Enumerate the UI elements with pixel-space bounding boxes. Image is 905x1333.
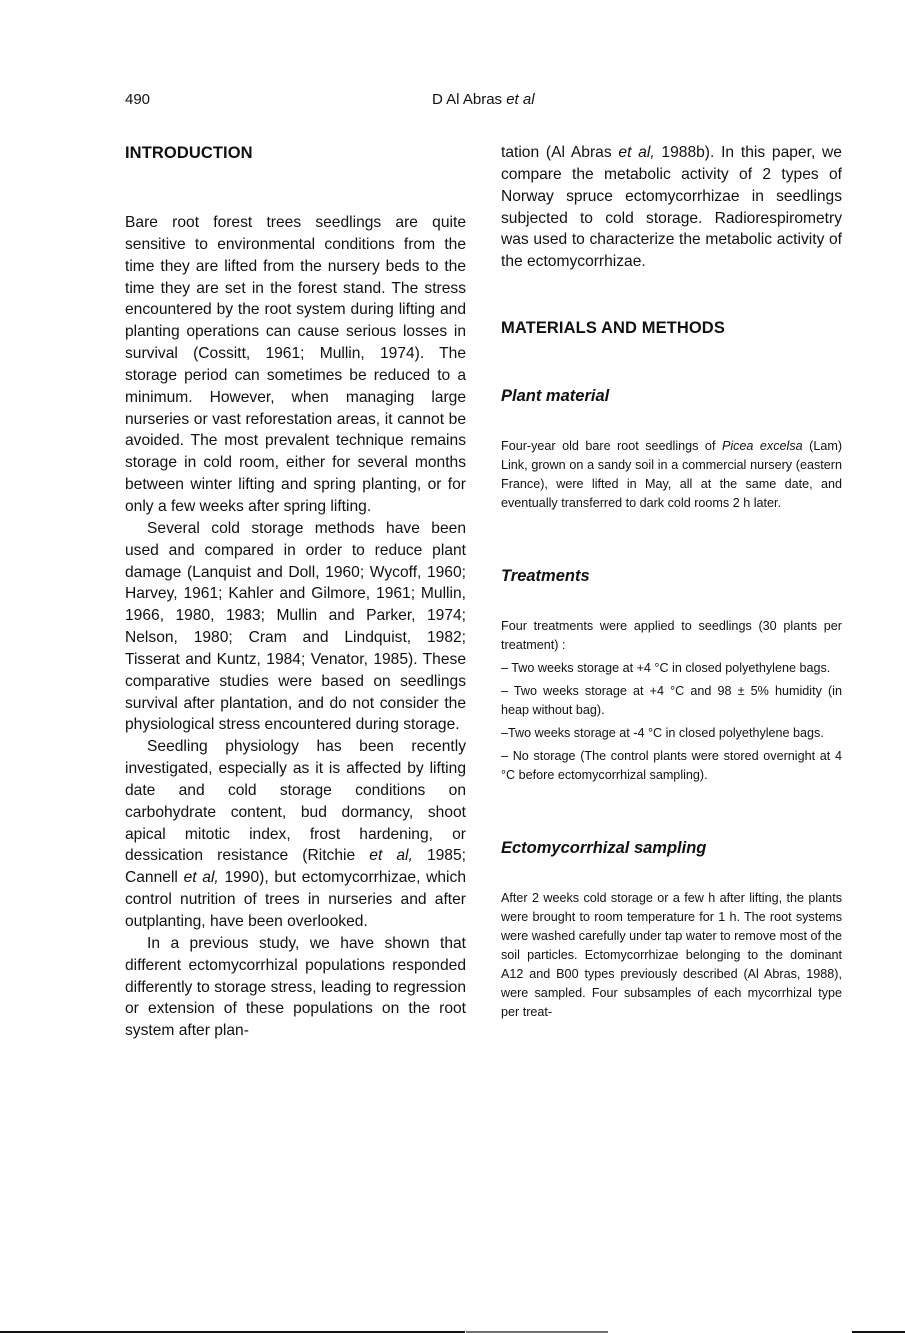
p3-etal-1: et al, xyxy=(369,847,413,864)
running-head-author: D Al Abras xyxy=(432,91,502,108)
sampling-heading: Ectomycorrhizal sampling xyxy=(501,837,842,859)
p3-etal-2: et al, xyxy=(184,869,219,886)
species-name: Picea excelsa xyxy=(722,439,803,453)
intro-paragraph-2: Several cold storage methods have been u… xyxy=(125,518,466,736)
treatment-item: – No storage (The control plants were st… xyxy=(501,747,842,785)
cont-text-a: tation (Al Abras xyxy=(501,144,618,161)
treatments-intro: Four treatments were applied to seedling… xyxy=(501,617,842,655)
page-number: 490 xyxy=(125,91,150,108)
right-column: tation (Al Abras et al, 1988b). In this … xyxy=(501,142,842,1022)
sampling-text: After 2 weeks cold storage or a few h af… xyxy=(501,889,842,1022)
treatment-item: –Two weeks storage at -4 °C in closed po… xyxy=(501,724,842,743)
treatments-heading: Treatments xyxy=(501,565,842,587)
cont-text-b: 1988b). In this paper, we compare the me… xyxy=(501,144,842,270)
cont-etal: et al, xyxy=(618,144,654,161)
running-head: D Al Abras et al xyxy=(432,91,535,108)
p3-text-a: Seedling physiology has been recently in… xyxy=(125,738,466,864)
introduction-heading: INTRODUCTION xyxy=(125,142,466,164)
treatment-item: – Two weeks storage at +4 °C in closed p… xyxy=(501,659,842,678)
plant-material-heading: Plant material xyxy=(501,385,842,407)
intro-continuation: tation (Al Abras et al, 1988b). In this … xyxy=(501,142,842,273)
left-column: INTRODUCTION Bare root forest trees seed… xyxy=(125,142,466,1042)
intro-paragraph-1: Bare root forest trees seedlings are qui… xyxy=(125,212,466,518)
intro-paragraph-3: Seedling physiology has been recently in… xyxy=(125,736,466,933)
intro-paragraph-4: In a previous study, we have shown that … xyxy=(125,933,466,1042)
plant-text-a: Four-year old bare root seedlings of xyxy=(501,439,722,453)
treatment-item: – Two weeks storage at +4 °C and 98 ± 5%… xyxy=(501,682,842,720)
plant-material-text: Four-year old bare root seedlings of Pic… xyxy=(501,437,842,513)
running-head-etal: et al xyxy=(506,91,534,108)
methods-heading: MATERIALS AND METHODS xyxy=(501,317,842,339)
